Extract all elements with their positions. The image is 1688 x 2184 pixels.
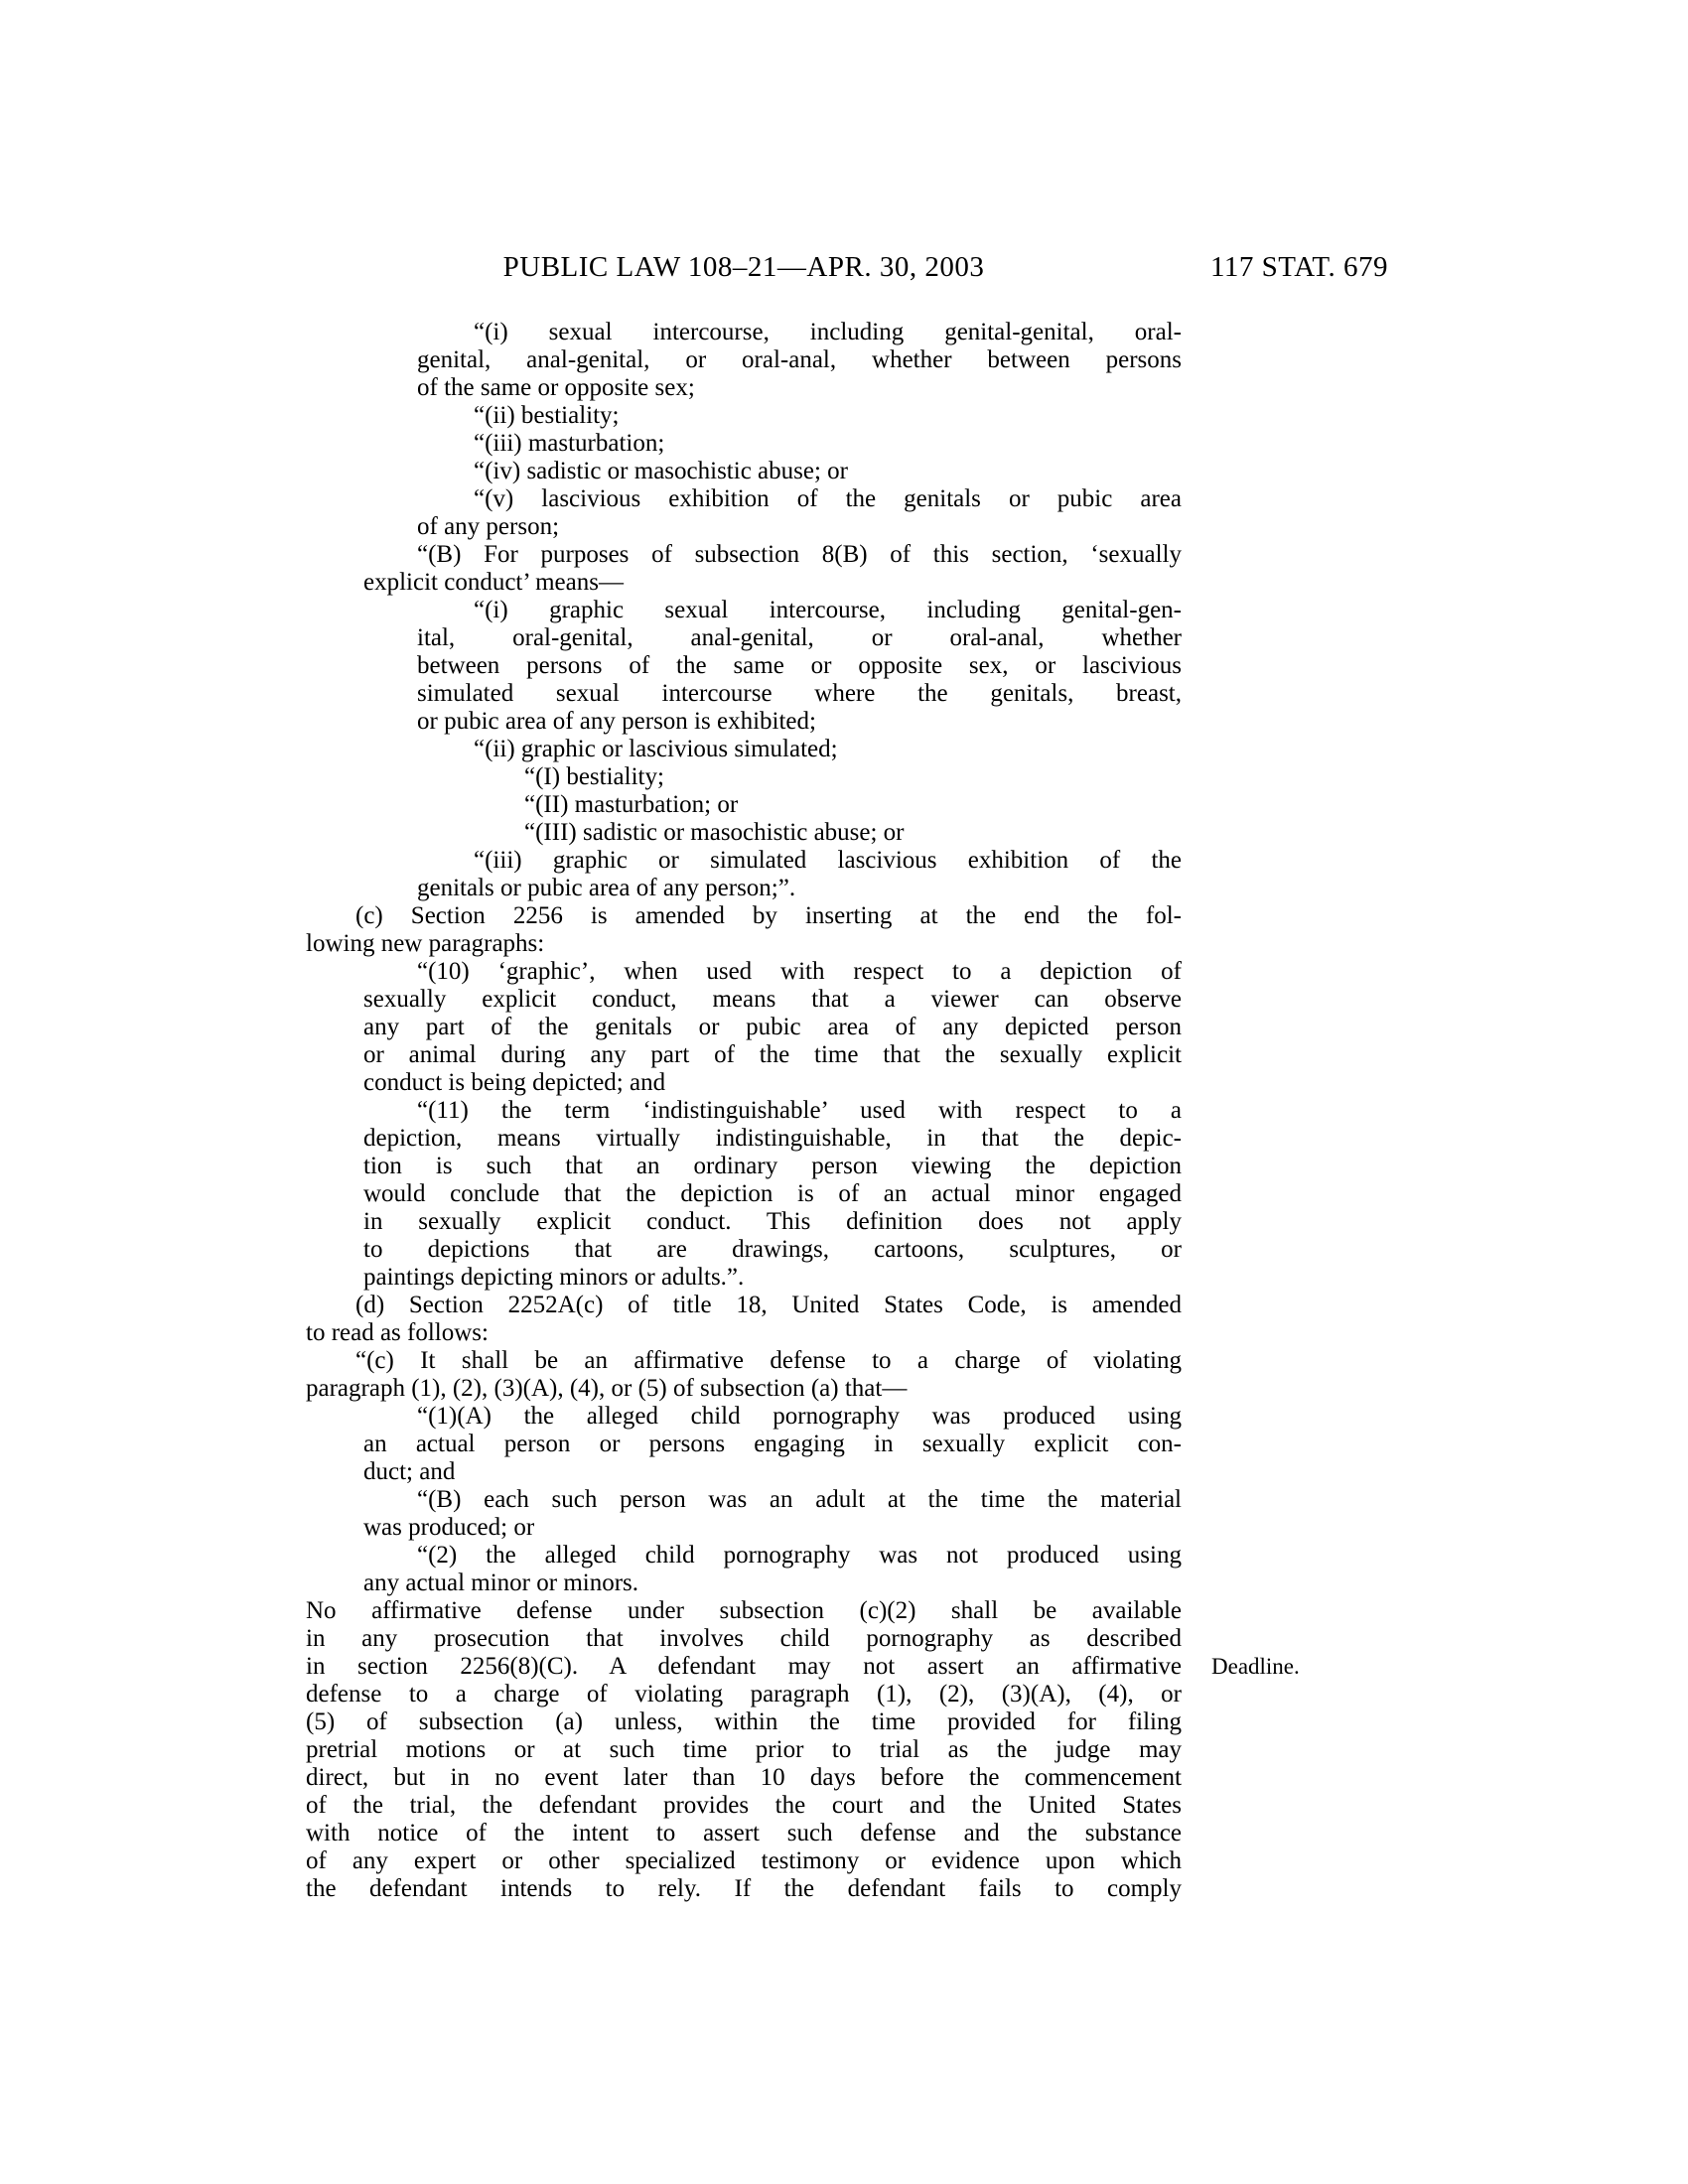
statute-line: the defendant intends to rely. If the de… — [306, 1875, 1182, 1903]
statute-line: with notice of the intent to assert such… — [306, 1820, 1182, 1847]
statute-line: any actual minor or minors. — [306, 1570, 1182, 1597]
statute-line: simulated sexual intercourse where the g… — [306, 680, 1182, 708]
statute-line: “(i) graphic sexual intercourse, includi… — [306, 597, 1182, 624]
statute-line: paintings depicting minors or adults.”. — [306, 1264, 1182, 1292]
statute-line: pretrial motions or at such time prior t… — [306, 1736, 1182, 1764]
statute-line: defense to a charge of violating paragra… — [306, 1681, 1182, 1708]
statute-line: genital, anal-genital, or oral-anal, whe… — [306, 346, 1182, 374]
statute-line: (c) Section 2256 is amended by inserting… — [306, 902, 1182, 930]
statute-line: “(11) the term ‘indistinguishable’ used … — [306, 1097, 1182, 1125]
statute-line: direct, but in no event later than 10 da… — [306, 1764, 1182, 1792]
statute-line: of any person; — [306, 513, 1182, 541]
statute-line: sexually explicit conduct, means that a … — [306, 986, 1182, 1014]
statute-line: “(10) ‘graphic’, when used with respect … — [306, 958, 1182, 986]
statute-line: was produced; or — [306, 1514, 1182, 1542]
statute-line: “(ii) bestiality; — [306, 402, 1182, 430]
statute-line: depiction, means virtually indistinguish… — [306, 1125, 1182, 1153]
statute-line: or pubic area of any person is exhibited… — [306, 708, 1182, 736]
statute-line: “(2) the alleged child pornography was n… — [306, 1542, 1182, 1570]
statute-line: or animal during any part of the time th… — [306, 1041, 1182, 1069]
statute-line: “(III) sadistic or masochistic abuse; or — [306, 819, 1182, 847]
statute-line: “(c) It shall be an affirmative defense … — [306, 1347, 1182, 1375]
statute-line: of the same or opposite sex; — [306, 374, 1182, 402]
statute-line: genitals or pubic area of any person;”. — [306, 875, 1182, 902]
statute-line: duct; and — [306, 1458, 1182, 1486]
statute-line: explicit conduct’ means— — [306, 569, 1182, 597]
statute-line: in sexually explicit conduct. This defin… — [306, 1208, 1182, 1236]
statute-line: “(v) lascivious exhibition of the genita… — [306, 485, 1182, 513]
statute-line: “(B) For purposes of subsection 8(B) of … — [306, 541, 1182, 569]
statute-line: conduct is being depicted; and — [306, 1069, 1182, 1097]
statute-line: (d) Section 2252A(c) of title 18, United… — [306, 1292, 1182, 1319]
statute-line: any part of the genitals or pubic area o… — [306, 1014, 1182, 1041]
statute-page: PUBLIC LAW 108–21—APR. 30, 2003 117 STAT… — [0, 0, 1688, 2184]
statute-text-column: “(i) sexual intercourse, including genit… — [306, 319, 1182, 1903]
statute-line: an actual person or persons engaging in … — [306, 1431, 1182, 1458]
statute-line: “(II) masturbation; or — [306, 791, 1182, 819]
statute-line: in section 2256(8)(C). A defendant may n… — [306, 1653, 1182, 1681]
statute-line: paragraph (1), (2), (3)(A), (4), or (5) … — [306, 1375, 1182, 1403]
statute-line: No affirmative defense under subsection … — [306, 1597, 1182, 1625]
statute-line: “(1)(A) the alleged child pornography wa… — [306, 1403, 1182, 1431]
statute-line: ital, oral-genital, anal-genital, or ora… — [306, 624, 1182, 652]
statute-line: lowing new paragraphs: — [306, 930, 1182, 958]
statute-line: “(i) sexual intercourse, including genit… — [306, 319, 1182, 346]
statute-line: “(iii) graphic or simulated lascivious e… — [306, 847, 1182, 875]
statute-line: “(iv) sadistic or masochistic abuse; or — [306, 458, 1182, 485]
header-stat-citation: 117 STAT. 679 — [1210, 250, 1388, 284]
margin-note-deadline: Deadline. — [1211, 1653, 1390, 1681]
statute-line: “(B) each such person was an adult at th… — [306, 1486, 1182, 1514]
header-law-title: PUBLIC LAW 108–21—APR. 30, 2003 — [306, 250, 1182, 284]
statute-line: between persons of the same or opposite … — [306, 652, 1182, 680]
statute-line: “(ii) graphic or lascivious simulated; — [306, 736, 1182, 763]
statute-line: of any expert or other specialized testi… — [306, 1847, 1182, 1875]
statute-line: (5) of subsection (a) unless, within the… — [306, 1708, 1182, 1736]
statute-line: to depictions that are drawings, cartoon… — [306, 1236, 1182, 1264]
statute-line: to read as follows: — [306, 1319, 1182, 1347]
statute-line: “(iii) masturbation; — [306, 430, 1182, 458]
statute-line: would conclude that the depiction is of … — [306, 1180, 1182, 1208]
running-header: PUBLIC LAW 108–21—APR. 30, 2003 117 STAT… — [306, 250, 1388, 284]
statute-line: “(I) bestiality; — [306, 763, 1182, 791]
statute-line: tion is such that an ordinary person vie… — [306, 1153, 1182, 1180]
statute-line: in any prosecution that involves child p… — [306, 1625, 1182, 1653]
statute-line: of the trial, the defendant provides the… — [306, 1792, 1182, 1820]
